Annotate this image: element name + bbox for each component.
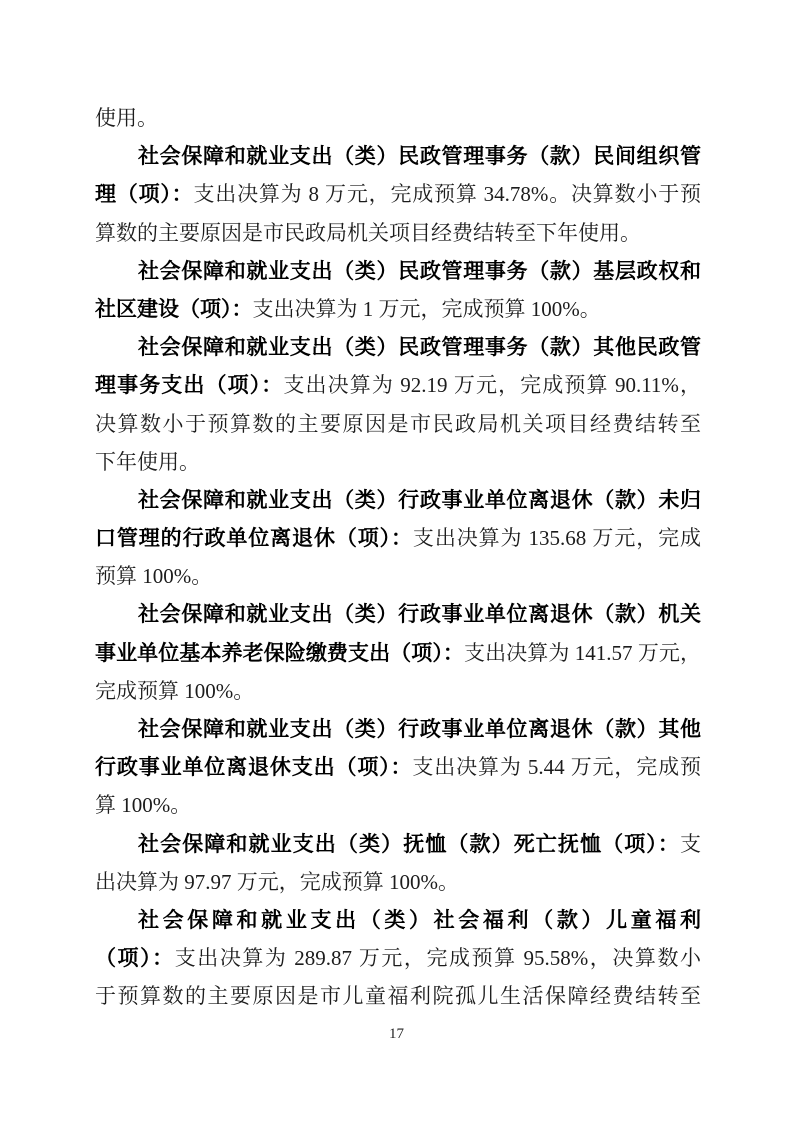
text-line: 事业单位基本养老保险缴费支出（项）：支出决算为 141.57 万元， [95, 634, 701, 672]
text-line: 社会保障和就业支出（类）民政管理事务（款）民间组织管 [95, 137, 701, 175]
text-line: 社会保障和就业支出（类）民政管理事务（款）其他民政管 [95, 328, 701, 366]
text-block: 使用。社会保障和就业支出（类）民政管理事务（款）民间组织管理（项）：支出决算为 … [95, 99, 701, 1016]
body-text: 支出决算为 5.44 万元，完成预 [412, 755, 701, 779]
body-text: 出决算为 97.97 万元，完成预算 100%。 [95, 870, 459, 894]
text-line: 决算数小于预算数的主要原因是市民政局机关项目经费结转至 [95, 405, 701, 443]
text-line: 下年使用。 [95, 443, 701, 481]
body-text: 预算 100%。 [95, 564, 212, 588]
body-text: 算 100%。 [95, 793, 191, 817]
body-text: 支出决算为 135.68 万元，完成 [413, 526, 701, 550]
expense-category-label: 社会保障和就业支出（类）社会福利（款）儿童福利 [138, 908, 701, 932]
body-text: 算数的主要原因是市民政局机关项目经费结转至下年使用。 [95, 221, 641, 245]
body-text: 完成预算 100%。 [95, 679, 254, 703]
body-text: 支出决算为 289.87 万元，完成预算 95.58%，决算数小 [175, 946, 701, 970]
text-line: 算 100%。 [95, 786, 701, 824]
expense-category-label: 理（项）： [95, 182, 193, 206]
text-line: 完成预算 100%。 [95, 672, 701, 710]
body-text: 下年使用。 [95, 450, 200, 474]
expense-category-label: 社会保障和就业支出（类）民政管理事务（款）其他民政管 [138, 335, 701, 359]
expense-category-label: 社会保障和就业支出（类）民政管理事务（款）民间组织管 [138, 144, 701, 168]
text-line: 社会保障和就业支出（类）行政事业单位离退休（款）未归 [95, 481, 701, 519]
body-text: 支出决算为 1 万元，完成预算 100%。 [253, 297, 601, 321]
expense-category-label: 社会保障和就业支出（类）行政事业单位离退休（款）其他 [138, 717, 701, 741]
body-text: 使用。 [95, 106, 158, 130]
text-line: 社会保障和就业支出（类）抚恤（款）死亡抚恤（项）：支 [95, 825, 701, 863]
body-text: 支出决算为 141.57 万元， [464, 641, 701, 665]
expense-category-label: 社区建设（项）： [95, 297, 253, 321]
text-line: 理（项）：支出决算为 8 万元，完成预算 34.78%。决算数小于预 [95, 175, 701, 213]
body-text: 支出决算为 92.19 万元，完成预算 90.11%， [283, 373, 701, 397]
text-line: 社会保障和就业支出（类）民政管理事务（款）基层政权和 [95, 252, 701, 290]
text-line: 社会保障和就业支出（类）行政事业单位离退休（款）其他 [95, 710, 701, 748]
text-line: 行政事业单位离退休支出（项）：支出决算为 5.44 万元，完成预 [95, 748, 701, 786]
text-line: 社会保障和就业支出（类）社会福利（款）儿童福利 [95, 901, 701, 939]
expense-category-label: 社会保障和就业支出（类）民政管理事务（款）基层政权和 [138, 259, 701, 283]
body-text: 支 [680, 832, 701, 856]
expense-category-label: 理事务支出（项）： [95, 373, 283, 397]
text-line: 社会保障和就业支出（类）行政事业单位离退休（款）机关 [95, 595, 701, 633]
text-line: 出决算为 97.97 万元，完成预算 100%。 [95, 863, 701, 901]
expense-category-label: 社会保障和就业支出（类）抚恤（款）死亡抚恤（项）： [138, 832, 680, 856]
expense-category-label: 口管理的行政单位离退休（项）： [95, 526, 413, 550]
text-line: 使用。 [95, 99, 701, 137]
expense-category-label: 社会保障和就业支出（类）行政事业单位离退休（款）机关 [138, 602, 701, 626]
text-line: 算数的主要原因是市民政局机关项目经费结转至下年使用。 [95, 214, 701, 252]
body-text: 支出决算为 8 万元，完成预算 34.78%。决算数小于预 [193, 182, 701, 206]
expense-category-label: 行政事业单位离退休支出（项）： [95, 755, 412, 779]
expense-category-label: 事业单位基本养老保险缴费支出（项）： [95, 641, 464, 665]
body-text: 决算数小于预算数的主要原因是市民政局机关项目经费结转至 [95, 412, 701, 436]
text-line: （项）：支出决算为 289.87 万元，完成预算 95.58%，决算数小 [95, 939, 701, 977]
text-line: 预算 100%。 [95, 557, 701, 595]
expense-category-label: 社会保障和就业支出（类）行政事业单位离退休（款）未归 [138, 488, 701, 512]
expense-category-label: （项）： [95, 946, 175, 970]
text-line: 口管理的行政单位离退休（项）：支出决算为 135.68 万元，完成 [95, 519, 701, 557]
text-line: 社区建设（项）：支出决算为 1 万元，完成预算 100%。 [95, 290, 701, 328]
document-page: 使用。社会保障和就业支出（类）民政管理事务（款）民间组织管理（项）：支出决算为 … [0, 0, 793, 1122]
text-line: 理事务支出（项）：支出决算为 92.19 万元，完成预算 90.11%， [95, 366, 701, 404]
text-line: 于预算数的主要原因是市儿童福利院孤儿生活保障经费结转至 [95, 977, 701, 1015]
page-number: 17 [0, 1026, 793, 1043]
body-text: 于预算数的主要原因是市儿童福利院孤儿生活保障经费结转至 [95, 984, 701, 1008]
